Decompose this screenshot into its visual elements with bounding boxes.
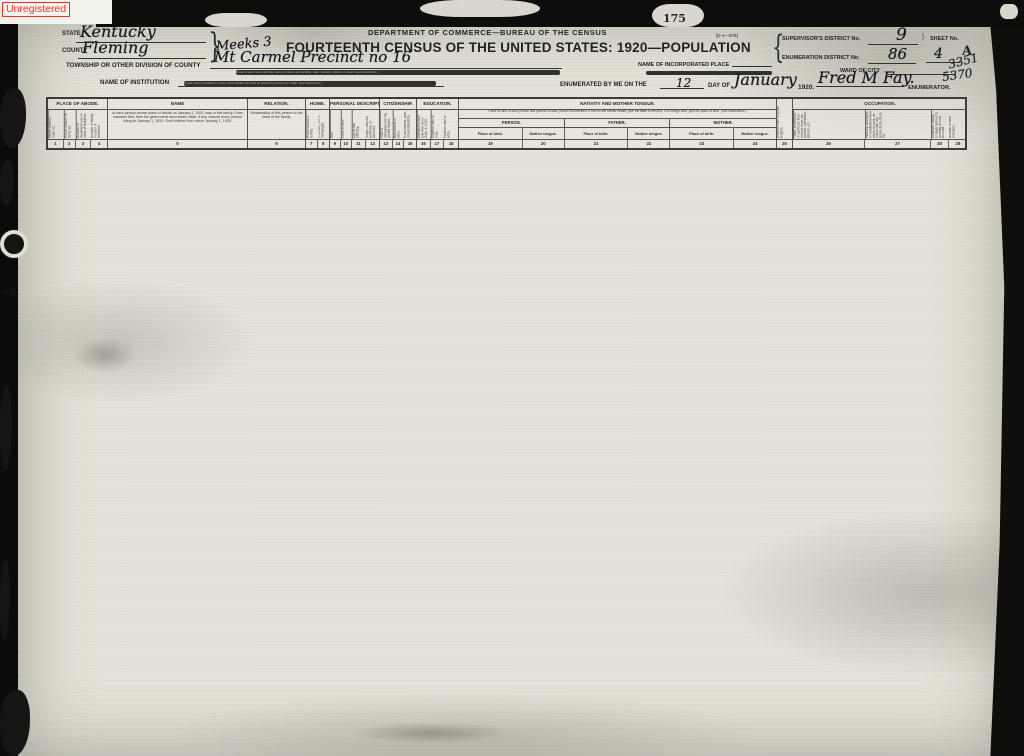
bottom-smudge [320,718,540,748]
column-number-5: 5 [108,140,247,148]
column-group-nativity-and-mother-tongue-: NATIVITY AND MOTHER TONGUE.Place of birt… [459,99,777,148]
column-number-17: 17 [431,140,445,148]
column-number-12: 12 [366,140,379,148]
state-label: STATE [62,31,81,37]
group-label: HOME. [306,99,329,110]
column-number-14: 14 [393,140,405,148]
day-of-label: DAY OF [708,83,730,89]
nativity-part-label: MOTHER. [670,119,776,127]
group-label: RELATION. [248,99,305,110]
column-description: Relationship of this person to the head … [248,110,305,139]
scan-blotch [420,0,540,17]
enumerated-prefix: ENUMERATED BY ME ON THE [560,82,647,88]
column-header-15: If naturalized, year of naturalization. [404,110,416,139]
column-group-home-: HOME.Home owned or rented.If owned, free… [306,99,330,148]
township-value: Mt Carmel Precinct no 16 [214,48,411,66]
table-header: PLACE OF ABODE.Street, avenue, road, etc… [46,97,967,150]
column-number-8: 8 [318,140,329,148]
column-header-26: Trade, profession, or particular kind of… [793,110,865,139]
township-label: TOWNSHIP OR OTHER DIVISION OF COUNTY [66,62,201,69]
column-header-2: House number or farm, etc. [64,110,76,139]
column-group-occupation-: OCCUPATION.Trade, profession, or particu… [793,99,967,148]
nativity-sub-label: Mother tongue. [628,128,670,139]
column-header-28: Employer, salary or wage worker, or work… [931,110,949,139]
supervisor-district-value: 9 [896,25,907,45]
column-header-16: Attended school any time since Sept. 1, … [417,110,431,139]
nativity-note: Place of birth of each person and parent… [459,110,776,119]
form-tag: [D-1—578] [716,33,738,38]
column-group-education-: EDUCATION.Attended school any time since… [417,99,459,148]
group-label: OCCUPATION. [793,99,967,110]
column-group-place-of-abode-: PLACE OF ABODE.Street, avenue, road, etc… [48,99,108,148]
group-label: NAME [108,99,247,110]
column-number-18: 18 [444,140,458,148]
unregistered-watermark: Unregistered [2,2,70,17]
column-header-10: Color or race. [341,110,352,139]
township-fineprint: [Insert proper name and also name of cla… [236,70,560,75]
column-header-14: Naturalized or alien. [393,110,405,139]
enumerator-signature: Fred M Fay. [818,68,915,87]
supervisor-district-label: SUPERVISOR'S DISTRICT No. [782,36,860,42]
column-number-1: 1 [48,140,64,148]
census-scan-page: { "watermark": "Unregistered", "page": {… [0,0,1024,756]
column-group-personal-description-: PERSONAL DESCRIPTION.Sex.Color or race.A… [330,99,380,148]
column-group-citizenship-: CITIZENSHIP.Year of immigration to the U… [380,99,417,148]
column-number-26: 26 [793,140,865,148]
paper-smudge [60,330,150,380]
column-header-4: Number of family in order of visitation. [91,110,107,139]
column-header-18: Whether able to write. [444,110,458,139]
enumerated-day: 12 [676,76,691,90]
column-number-16: 16 [417,140,431,148]
column-number-22: 22 [628,140,670,148]
column-number-21: 21 [565,140,629,148]
column-header-29: Number of farm schedule. [949,110,967,139]
column-group-name: NAMEof each person whose place of abode … [108,99,248,148]
scan-ring-artifact [0,230,28,258]
district-divider: | [922,32,924,41]
nativity-sub-label: Mother tongue. [734,128,776,139]
group-label: PLACE OF ABODE. [48,99,107,110]
column-number-25: 25 [777,140,792,148]
column-header-1: Street, avenue, road, etc. [48,110,64,139]
sheet-value: 4 [934,46,943,62]
incorporated-place-label: NAME OF INCORPORATED PLACE [638,62,729,68]
nativity-part-label: PERSON. [459,119,565,127]
column-header-8: If owned, free or mortgaged. [318,110,329,139]
scan-blotch [205,13,267,27]
column-header-17: Whether able to read. [431,110,445,139]
group-label: NATIVITY AND MOTHER TONGUE. [459,99,776,110]
nativity-part-label: FATHER. [565,119,671,127]
column-number-29: 29 [949,140,967,148]
institution-fineprint: [Insert name of institution, if any, and… [184,81,436,86]
enumeration-district-value: 86 [888,45,907,63]
group-label: PERSONAL DESCRIPTION. [330,99,379,110]
column-number-3: 3 [76,140,92,148]
scan-left-blob [0,160,14,206]
column-number-11: 11 [352,140,367,148]
column-number-20: 20 [523,140,565,148]
column-header-27: Industry, business, or establishment in … [865,110,931,139]
enumerated-month: January [734,70,797,89]
column-header-25: Whether able to speak English. [777,99,792,139]
column-number-24: 24 [734,140,776,148]
column-header-3: Number of dwelling house in order of vis… [76,110,92,139]
institution-label: NAME OF INSTITUTION [100,79,169,86]
page-stamp-number: 175 [663,12,686,25]
column-number-4: 4 [91,140,107,148]
column-number-2: 2 [64,140,76,148]
nativity-sub-label: Place of birth. [565,128,629,139]
column-group-relation-: RELATION.Relationship of this person to … [248,99,306,148]
column-header-9: Sex. [330,110,341,139]
nativity-sub-label: Place of birth. [670,128,734,139]
column-number-9: 9 [330,140,341,148]
column-number-27: 27 [865,140,931,148]
column-group-speak-english: Whether able to speak English.25 [777,99,793,148]
column-number-19: 19 [459,140,523,148]
group-label: CITIZENSHIP. [380,99,416,110]
supervisor-underline [868,30,918,45]
column-header-12: Single, married, widowed, or divorced. [366,110,379,139]
county-value: Fleming [82,38,149,57]
nativity-sub-label: Place of birth. [459,128,523,139]
enumerator-label: ENUMERATOR. [908,85,951,91]
nativity-sub-label: Mother tongue. [523,128,565,139]
column-header-11: Age at last birthday. [352,110,367,139]
sheet-label: SHEET No. [930,36,959,42]
column-number-7: 7 [306,140,318,148]
enumeration-district-label: ENUMERATION DISTRICT No. [782,55,860,61]
column-number-23: 23 [670,140,734,148]
column-number-10: 10 [341,140,352,148]
column-number-6: 6 [248,140,305,148]
column-number-15: 15 [404,140,416,148]
scan-left-blob [0,386,12,470]
enumerated-year: 1920. [798,84,814,91]
column-header-7: Home owned or rented. [306,110,318,139]
column-number-13: 13 [380,140,393,148]
scan-margin-mark: +R, [2,288,19,298]
department-line: DEPARTMENT OF COMMERCE—BUREAU OF THE CEN… [368,28,607,37]
group-label: EDUCATION. [417,99,458,110]
scan-left-blob [0,560,10,640]
column-description: of each person whose place of abode on J… [108,110,247,139]
scan-blotch [1000,4,1018,19]
column-header-13: Year of immigration to the United States… [380,110,393,139]
column-number-28: 28 [931,140,949,148]
